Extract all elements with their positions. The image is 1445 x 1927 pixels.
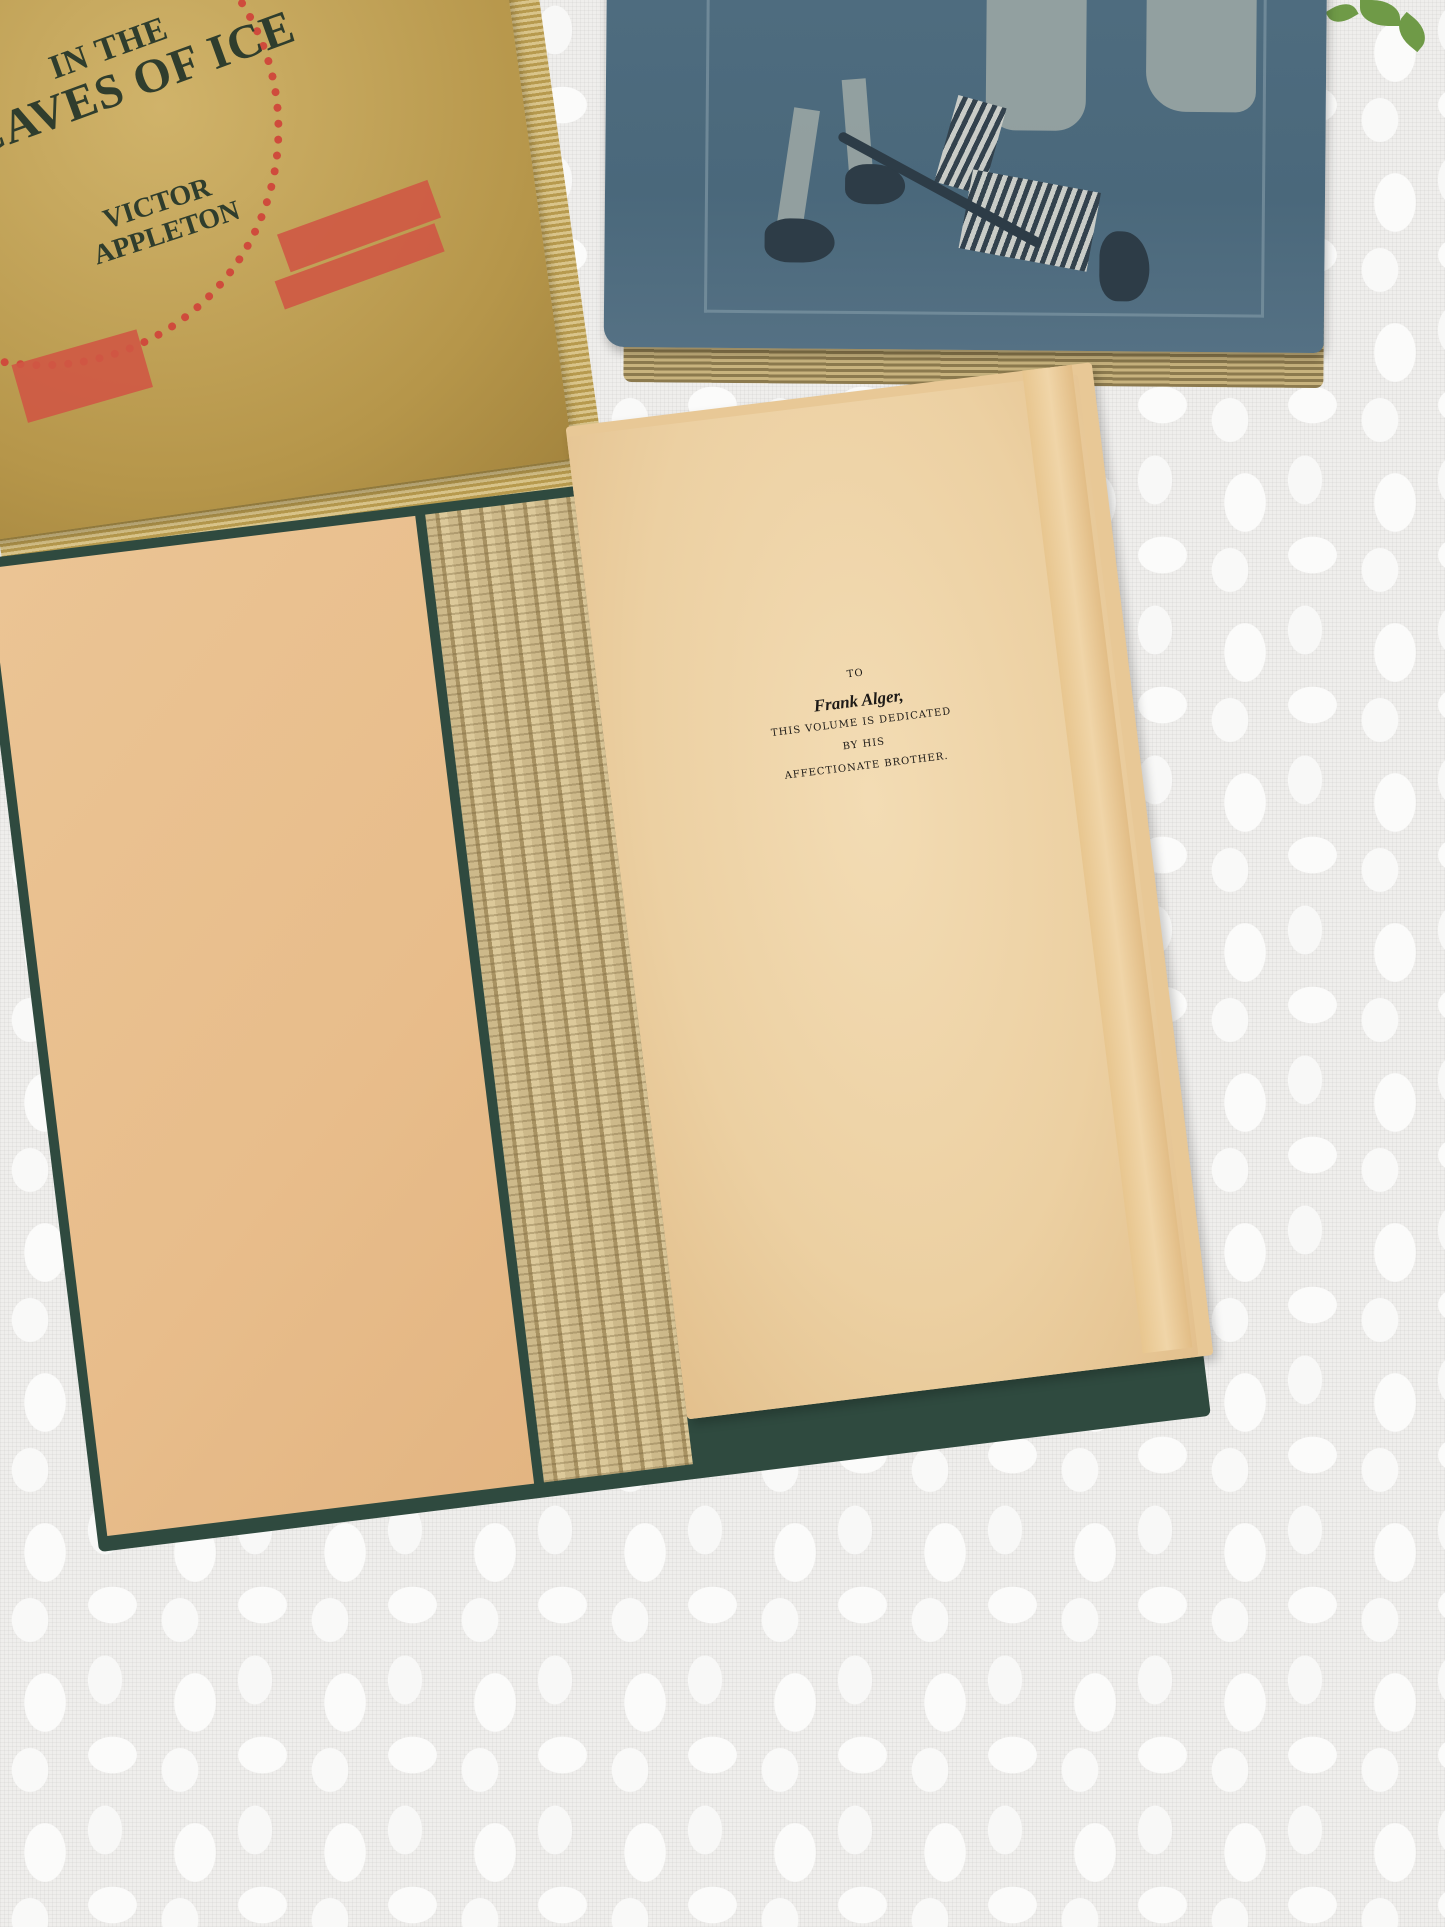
open-green-book: TO Frank Alger, THIS VOLUME IS DEDICATED…	[0, 364, 1216, 1592]
blue-book	[603, 0, 1337, 433]
illustration-figure-shirt	[1146, 0, 1257, 112]
blue-book-cover	[604, 0, 1327, 353]
dedication-text: TO Frank Alger, THIS VOLUME IS DEDICATED…	[599, 637, 1124, 814]
